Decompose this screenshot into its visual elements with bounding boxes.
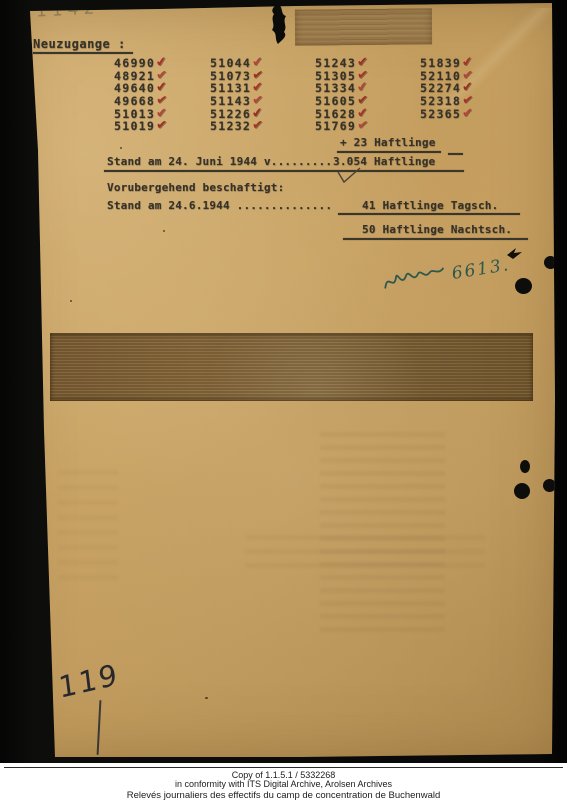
prisoner-number-row: 51605✔	[315, 94, 368, 107]
total-underline-dash	[448, 153, 463, 155]
stand-date-label: Stand am 24. Juni 1944 v.........	[107, 155, 332, 168]
total-underline	[337, 151, 441, 153]
number-column: 51839✔52110✔52274✔52318✔52365✔	[420, 56, 473, 119]
punch-hole	[514, 483, 530, 499]
handwritten-green-note: 6613.	[380, 248, 512, 301]
stand-underline	[104, 170, 464, 172]
document-heading: Neuzugange :	[33, 37, 126, 51]
prisoner-number-row: 51769✔	[315, 119, 368, 132]
ink-blob-icon	[505, 246, 525, 262]
prisoner-number-row: 51019✔	[114, 119, 167, 132]
number-column: 51243✔51305✔51334✔51605✔51628✔51769✔	[315, 56, 368, 132]
paper-speck	[70, 300, 72, 302]
night-shift-underline	[343, 238, 528, 240]
signature-scribble	[380, 258, 450, 296]
night-shift-value: 50 Haftlinge Nachtsch.	[362, 223, 512, 236]
prisoner-number: 51769	[315, 119, 356, 133]
prisoner-number-row: 51839✔	[420, 56, 473, 69]
scanned-document-page: 1142 Neuzugange : 46990✔48921✔49640✔4966…	[0, 0, 567, 800]
prisoner-number-row: 52365✔	[420, 107, 473, 120]
number-column: 51044✔51073✔51131✔51143✔51226✔51232✔	[210, 56, 263, 132]
prisoner-number: 51019	[114, 119, 155, 133]
handwritten-number: 6613.	[450, 255, 511, 284]
bleed-through-texture	[58, 470, 118, 590]
number-column: 46990✔48921✔49640✔49668✔51013✔51019✔	[114, 56, 167, 132]
ink-spot	[520, 460, 530, 473]
prisoner-number-row: 51232✔	[210, 119, 263, 132]
archive-footer: Copy of 1.1.5.1 / 5332268 in conformity …	[0, 763, 567, 800]
edge-punch-hole	[543, 479, 556, 492]
tape-patch	[295, 8, 432, 45]
ink-speck	[120, 147, 122, 149]
bleed-through-texture	[245, 535, 485, 577]
red-checkmark-icon: ✔	[462, 108, 473, 121]
red-checkmark-icon: ✔	[252, 120, 264, 133]
prisoner-number-row: 51143✔	[210, 94, 263, 107]
footer-series-title: Relevés journaliers des effectifs du cam…	[0, 790, 567, 800]
prisoner-number-row: 49668✔	[114, 94, 167, 107]
pen-checkmark-icon	[336, 166, 362, 184]
red-checkmark-icon: ✔	[356, 120, 368, 134]
red-checkmark-icon: ✔	[156, 120, 168, 134]
tape-band	[50, 333, 533, 401]
footer-conformity-note: in conformity with ITS Digital Archive, …	[0, 779, 567, 789]
new-arrivals-total: + 23 Haftlinge	[340, 136, 436, 149]
prisoner-number: 51232	[210, 119, 251, 133]
temp-employed-heading: Vorubergehend beschaftigt:	[107, 181, 284, 194]
paper-sheet: 1142 Neuzugange : 46990✔48921✔49640✔4966…	[0, 0, 567, 763]
heading-underline	[33, 52, 133, 54]
day-shift-value: 41 Haftlinge Tagsch.	[362, 199, 498, 212]
handwritten-page-number: 119	[57, 657, 121, 705]
footer-divider	[4, 767, 563, 768]
prisoner-number: 52365	[420, 107, 461, 121]
pen-stroke-tail	[97, 700, 102, 755]
prisoner-number-row: 52318✔	[420, 94, 473, 107]
prisoner-number-row: 46990✔	[114, 56, 167, 69]
paper-speck	[163, 230, 165, 232]
ink-tear-blob	[258, 4, 304, 46]
day-shift-underline	[338, 213, 520, 215]
paper-speck	[205, 697, 208, 699]
punch-hole	[515, 278, 532, 294]
temp-date-label: Stand am 24.6.1944 ..............	[107, 199, 332, 212]
